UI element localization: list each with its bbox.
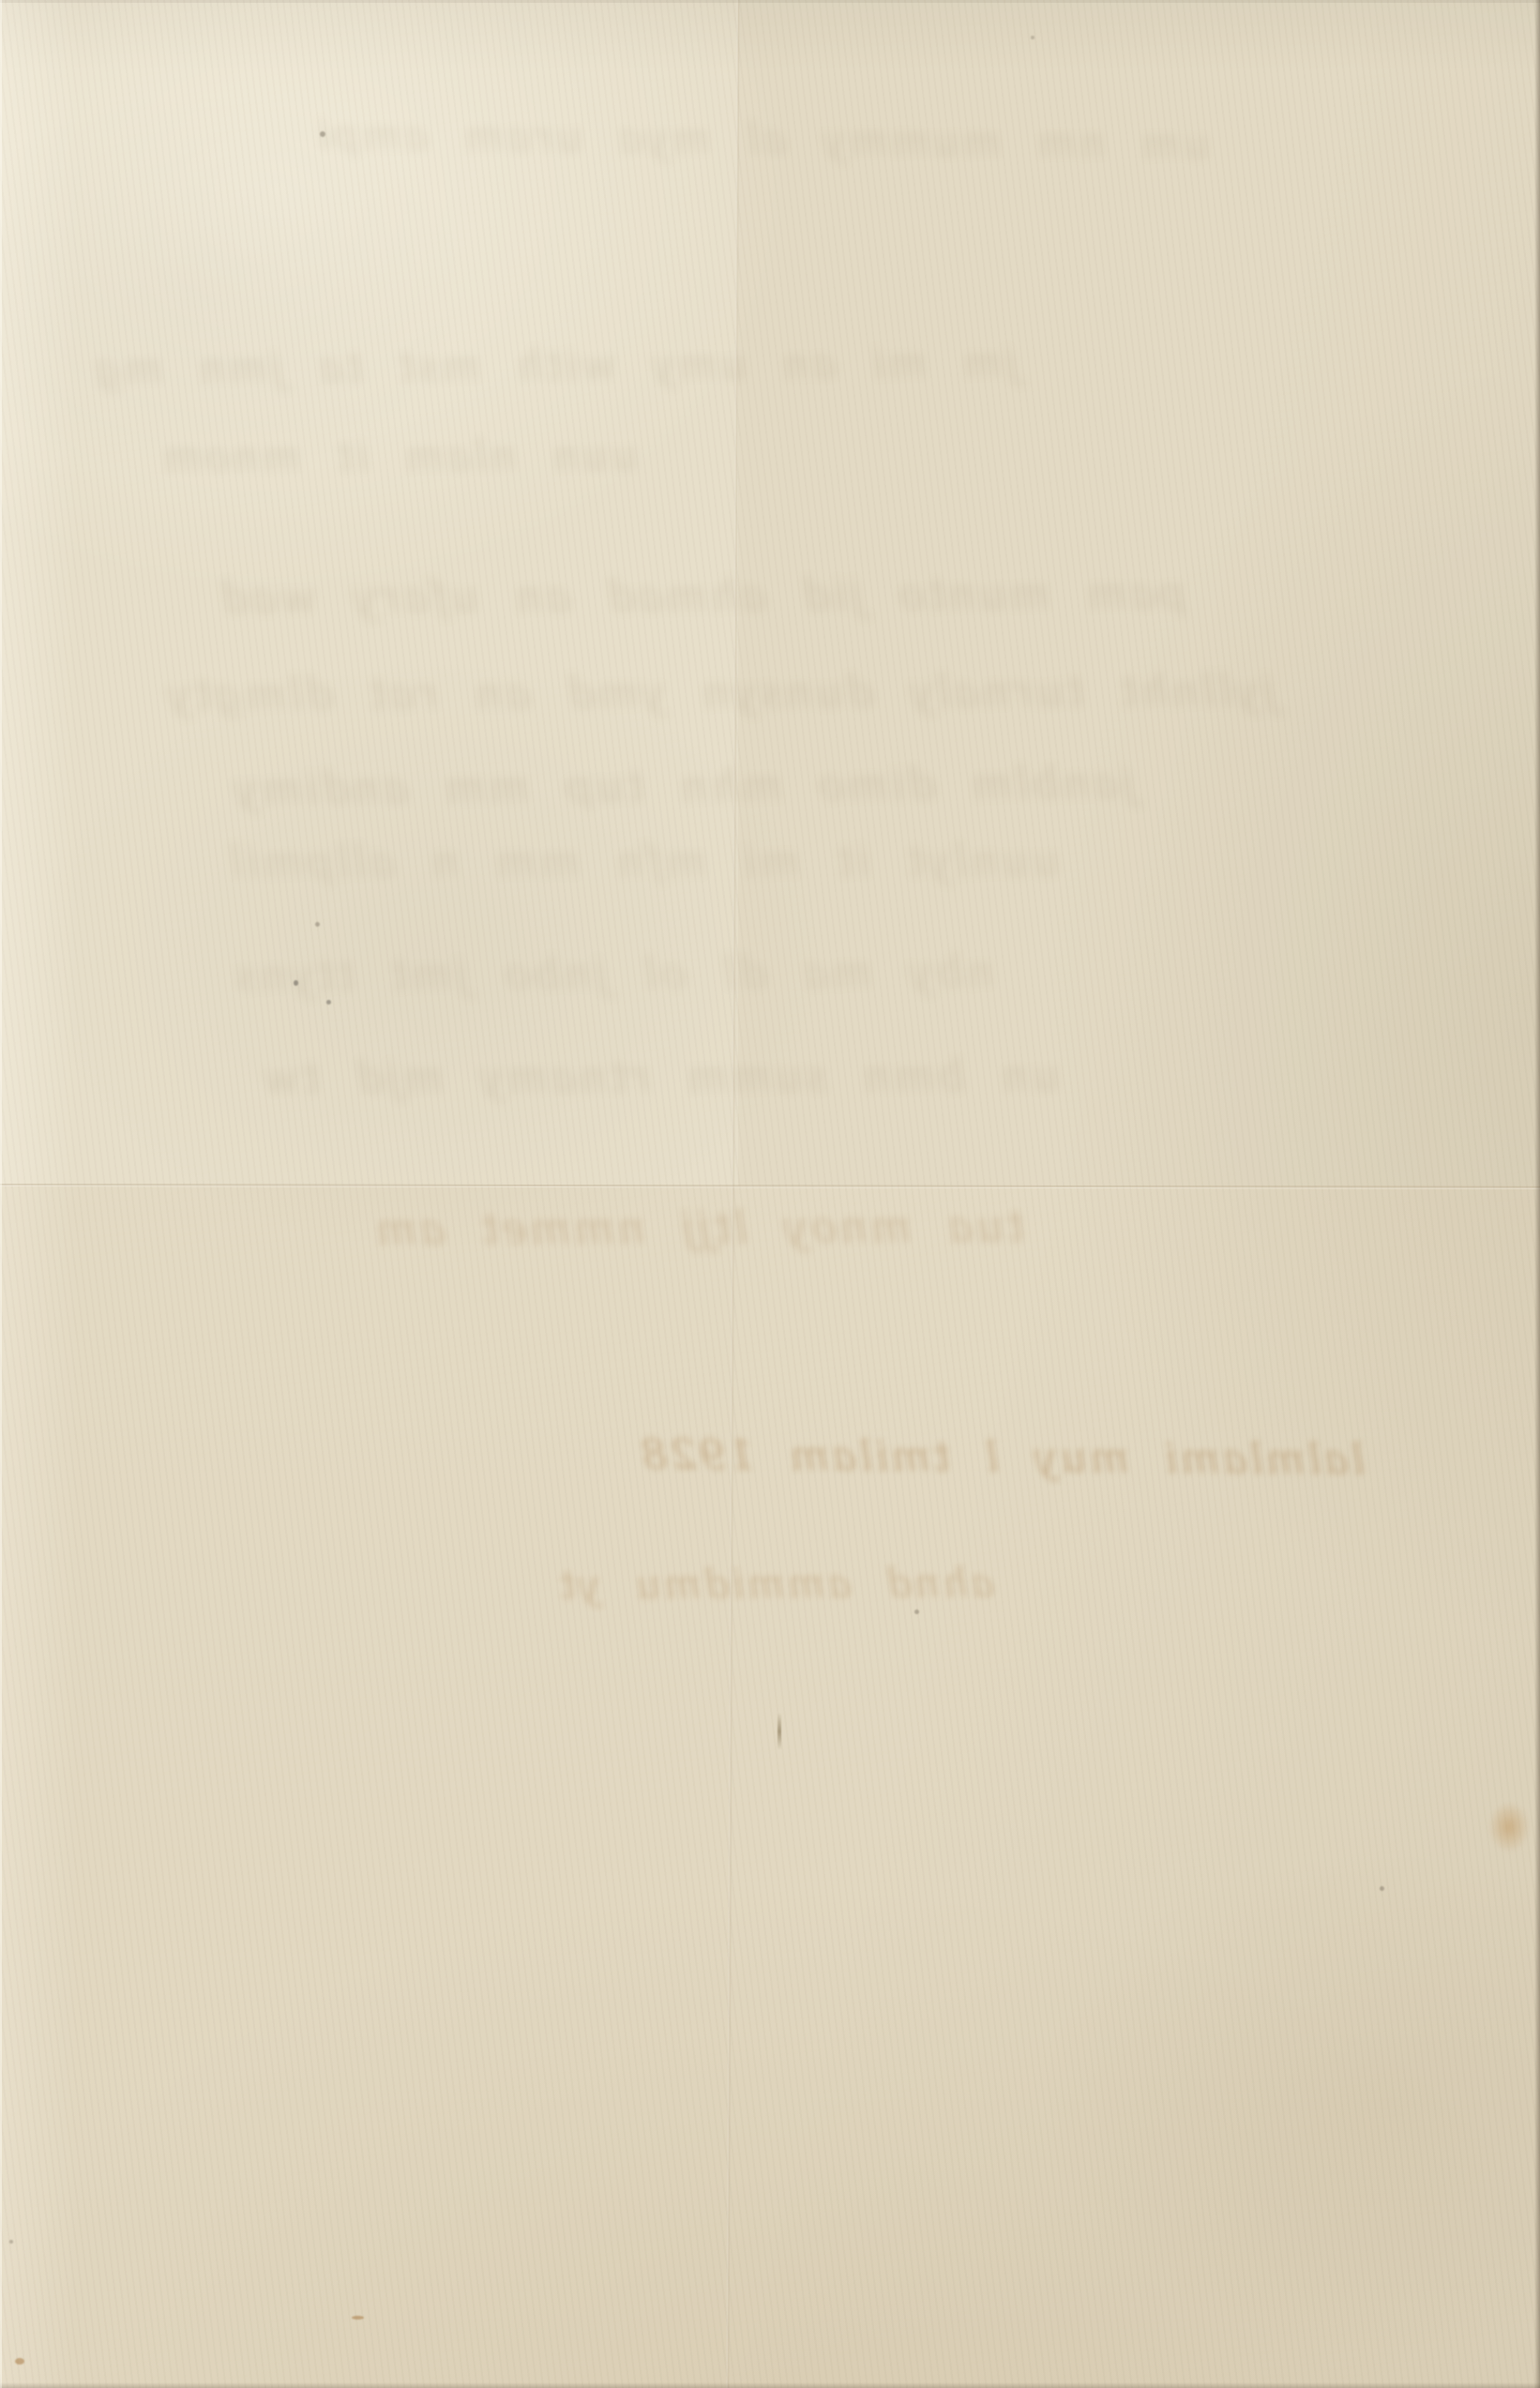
paper-grain-texture [0, 0, 1540, 2388]
scanned-letter-page: um nm mummy al mya uram ampijm mi an umy… [0, 0, 1540, 2388]
